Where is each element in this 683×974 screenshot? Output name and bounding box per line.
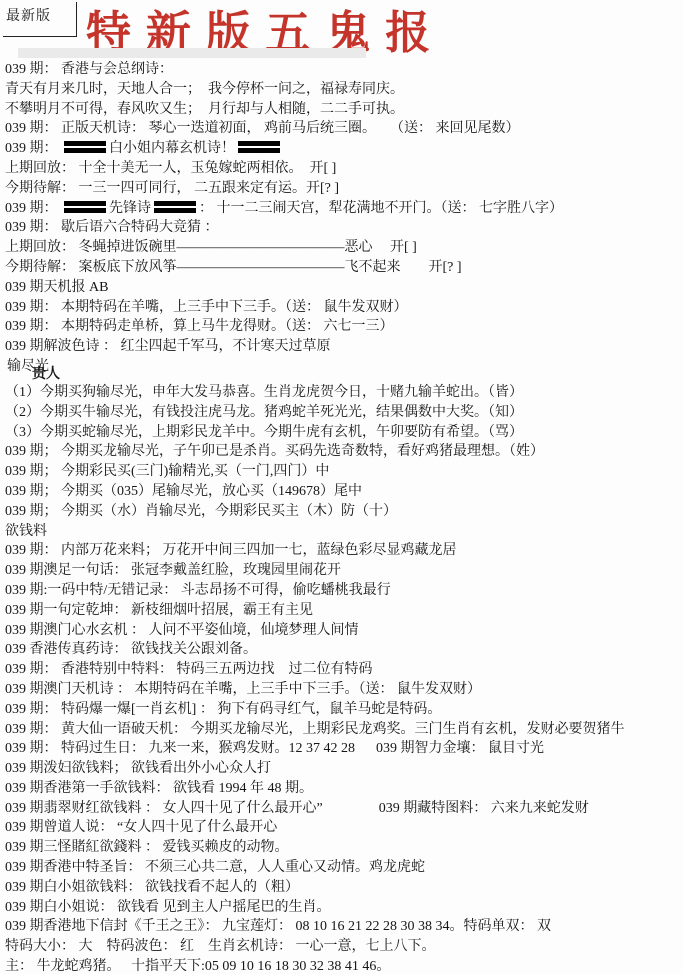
text-line: 039 期白小姐说： 欲钱看 见到主人户摇尾巴的生肖。 — [5, 898, 683, 918]
text-line: 039 期： 特码爆一爆[一肖玄机] ： 狗下有码寻红气，鼠羊马蛇是特码。 — [5, 700, 683, 720]
line-text: 039 期香港中特圣旨： 不须三心共二意，人人重心又动情。鸡龙虎蛇 — [5, 860, 425, 875]
line-text: 039 期： 香港特别中特料： 特码三五两边找 过二位有特码 — [5, 662, 373, 677]
text-line: 039 期： 香港与会总纲诗： — [5, 60, 683, 80]
text-line: （1）今期买狗输尽光，申年大发马恭喜。生肖龙虎贺今日，十赌九输羊蛇出。（皆） — [5, 383, 683, 403]
line-text: 039 期： 本期特码走单桥，算上马牛龙得财。（送： 六七一三） — [5, 319, 394, 334]
text-line: 今期待解： 一三一四可同行， 二五跟来定有运。开[? ] — [5, 179, 683, 199]
line-text: 特码大小： 大 特码波色： 红 生肖玄机诗： 一心一意，七上八下。 — [5, 939, 436, 954]
text-line: 039 期： 特码过生日： 九来一来，猴鸡发财。12 37 42 28 039 … — [5, 739, 683, 759]
line-text: 不攀明月不可得，春风吹又生； 月行却与人相随，二二手可执。 — [5, 102, 404, 117]
line-text: 主： 牛龙蛇鸡猪。 十指平天下:05 09 10 16 18 30 32 38 … — [5, 959, 390, 974]
text-line: 039 期三怪賭紅欲錢料 ： 爱钱买赖皮的动物。 — [5, 838, 683, 858]
line-text: 039 期： 歇后语六合特码大竞猜 ： — [5, 220, 219, 235]
report-body: 039 期： 香港与会总纲诗：青天有月来几时，天地人合一； 我今停杯一问之，福禄… — [0, 57, 683, 974]
line-text: 039 期一句定乾坤： 新枝细烟叶招展，霸王有主见 — [5, 603, 313, 618]
line-text: 039 期： 特码爆一爆[一肖玄机] ： 狗下有码寻红气，鼠羊马蛇是特码。 — [5, 702, 441, 717]
text-line: 039 期： 正版天机诗： 琴心一迭道初面， 鸡前马后统三圈。 （送： 来回见尾… — [5, 119, 683, 139]
text-line: 上期回放： 十全十美无一人，玉兔嫁蛇两相依。 开[ ] — [5, 159, 683, 179]
text-line: 039 期： 香港特别中特料： 特码三五两边找 过二位有特码 — [5, 660, 683, 680]
text-line: 039 期： 歇后语六合特码大竞猜 ： — [5, 218, 683, 238]
text-line: 039 期解波色诗 ： 红尘四起千军马，不计寒天过草原 — [5, 337, 683, 357]
double-bar-icon — [64, 201, 106, 213]
line-text: 039 期香港地下信封《千王之王》： 九宝莲灯： 08 10 16 21 22 … — [5, 919, 551, 934]
text-line: 039 期香港中特圣旨： 不须三心共二意，人人重心又动情。鸡龙虎蛇 — [5, 858, 683, 878]
text-line: （3）今期买蛇输尽光，上期彩民龙羊中。今期牛虎有玄机，午卯要防有希望。（骂） — [5, 423, 683, 443]
text-line: 039 期： 白小姐内幕玄机诗！ — [5, 139, 683, 159]
line-text: 039 期： 香港与会总纲诗： — [5, 62, 173, 77]
line-text: 白小姐内幕玄机诗！ — [109, 141, 235, 156]
text-line: 039 期翡翠财红欲钱料 ： 女人四十见了什么最开心” 039 期藏特图料： 六… — [5, 799, 683, 819]
text-line: 039 期:一码中特/无错记录： 斗志昂扬不可得，偷吃蟠桃我最行 — [5, 581, 683, 601]
report-header: 最新版 特新版五鬼报 — [0, 0, 683, 57]
text-line: 039 期； 今期彩民买(三门)输精光,买（一门,四门）中 — [5, 462, 683, 482]
latest-edition-badge: 最新版 — [3, 2, 77, 37]
text-line: 039 期： 本期特码走单桥，算上马牛龙得财。（送： 六七一三） — [5, 317, 683, 337]
line-text: 039 期:一码中特/无错记录： 斗志昂扬不可得，偷吃蟠桃我最行 — [5, 583, 391, 598]
line-text: 039 期三怪賭紅欲錢料 ： 爱钱买赖皮的动物。 — [5, 840, 289, 855]
line-text: 039 香港传真药诗： 欲钱找关公跟刘备。 — [5, 642, 257, 657]
line-text: 039 期澳门心水玄机 ： 人问不平姿仙境，仙境梦理人间情 — [5, 623, 359, 638]
line-text: 今期待解： 一三一四可同行， 二五跟来定有运。开[? ] — [5, 181, 339, 196]
line-text: （2）今期买牛输尽光，有钱投注虎马龙。猪鸡蛇羊死光光，结果偶数中大奖。（知） — [5, 405, 523, 420]
line-text: 039 期： 黄大仙一语破天机： 今期买龙输尽光，上期彩民龙鸡奖。三门生肖有玄机… — [5, 722, 625, 737]
line-text: ： 十一二三闹天宫，犁花满地不开门。（送： 七字胜八字） — [199, 201, 563, 216]
line-text: 039 期解波色诗 ： 红尘四起千军马，不计寒天过草原 — [5, 339, 331, 354]
text-line: 039 期； 今期买（035）尾输尽光，放心买（149678）尾中 — [5, 482, 683, 502]
line-text: （3）今期买蛇输尽光，上期彩民龙羊中。今期牛虎有玄机，午卯要防有希望。（骂） — [5, 425, 523, 440]
text-line: 039 期： 内部万花来料； 万花开中间三四加一七，蓝绿色彩尽显鸡藏龙居 — [5, 541, 683, 561]
line-text: 039 期： 特码过生日： 九来一来，猴鸡发财。12 37 42 28 039 … — [5, 741, 544, 756]
text-line: 主： 牛龙蛇鸡猪。 十指平天下:05 09 10 16 18 30 32 38 … — [5, 957, 683, 974]
line-text: 青天有月来几时，天地人合一； 我今停杯一问之，福禄寿同庆。 — [5, 82, 404, 97]
line-text: 039 期： — [5, 141, 61, 156]
line-text: 039 期泼妇欲钱料； 欲钱看出外小心众人打 — [5, 761, 271, 776]
text-line: 039 期天机报 AB — [5, 278, 683, 298]
line-text: 039 期香港第一手欲钱料： 欲钱看 1994 年 48 期。 — [5, 781, 313, 796]
report-page: { "colors": { "title_red": "#c5342b", "t… — [0, 0, 683, 974]
text-line: 039 期一句定乾坤： 新枝细烟叶招展，霸王有主见 — [5, 601, 683, 621]
text-line: 039 香港传真药诗： 欲钱找关公跟刘备。 — [5, 640, 683, 660]
text-line: 039 期白小姐欲钱料： 欲钱找看不起人的（粗） — [5, 878, 683, 898]
line-text: 039 期白小姐欲钱料： 欲钱找看不起人的（粗） — [5, 880, 299, 895]
text-line: 039 期； 今期买（水）肖输尽光，今期彩民买主（木）防（十） — [5, 502, 683, 522]
line-text: 039 期澳足一句话： 张冠李戴盖红脸，玫瑰园里闹花开 — [5, 563, 341, 578]
line-text: 039 期曾道人说： “女人四十见了什么最开心 — [5, 820, 277, 835]
double-bar-icon — [64, 141, 106, 153]
line-text: 039 期： 本期特码在羊嘴，上三手中下三手。（送： 鼠牛发双财） — [5, 300, 408, 315]
line-text: 039 期； 今期买龙输尽光，子午卯已是杀肖。买码先选奇数特，看好鸡猪最理想。（… — [5, 444, 544, 459]
text-line: 039 期： 先锋诗： 十一二三闹天宫，犁花满地不开门。（送： 七字胜八字） — [5, 199, 683, 219]
line-text: 039 期； 今期买（水）肖输尽光，今期彩民买主（木）防（十） — [5, 504, 397, 519]
line-text: 039 期澳门天机诗 ： 本期特码在羊嘴，上三手中下三手。（送： 鼠牛发双财） — [5, 682, 481, 697]
line-text: 039 期； 今期买（035）尾输尽光，放心买（149678）尾中 — [5, 484, 362, 499]
double-bar-icon — [238, 141, 280, 153]
line-text: 上期回放： 冬蝇掉进饭碗里————————————恶心 开[ ] — [5, 240, 417, 255]
text-line: 039 期澳门天机诗 ： 本期特码在羊嘴，上三手中下三手。（送： 鼠牛发双财） — [5, 680, 683, 700]
line-text: 欲钱料 — [5, 524, 47, 539]
overlapped-text-block: 输尽光贵人 — [5, 357, 683, 383]
line-text: 039 期翡翠财红欲钱料 ： 女人四十见了什么最开心” 039 期藏特图料： 六… — [5, 801, 589, 816]
line-text: 先锋诗 — [109, 201, 151, 216]
line-text: （1）今期买狗输尽光，申年大发马恭喜。生肖龙虎贺今日，十赌九输羊蛇出。（皆） — [5, 385, 523, 400]
line-text: 今期待解： 案板底下放风筝————————————飞不起来 开[? ] — [5, 260, 462, 275]
text-line: 特码大小： 大 特码波色： 红 生肖玄机诗： 一心一意，七上八下。 — [5, 937, 683, 957]
text-line: 039 期； 今期买龙输尽光，子午卯已是杀肖。买码先选奇数特，看好鸡猪最理想。（… — [5, 442, 683, 462]
line-text: 039 期； 今期彩民买(三门)输精光,买（一门,四门）中 — [5, 464, 329, 479]
text-line: 今期待解： 案板底下放风筝————————————飞不起来 开[? ] — [5, 258, 683, 278]
text-line: 039 期香港第一手欲钱料： 欲钱看 1994 年 48 期。 — [5, 779, 683, 799]
text-line: （2）今期买牛输尽光，有钱投注虎马龙。猪鸡蛇羊死光光，结果偶数中大奖。（知） — [5, 403, 683, 423]
line-text: 039 期： 正版天机诗： 琴心一迭道初面， 鸡前马后统三圈。 （送： 来回见尾… — [5, 121, 520, 136]
line-text: 039 期白小姐说： 欲钱看 见到主人户摇尾巴的生肖。 — [5, 900, 331, 915]
double-bar-icon — [154, 201, 196, 213]
artifact-smudge — [18, 48, 366, 58]
line-text: 039 期： — [5, 201, 61, 216]
text-line: 039 期： 黄大仙一语破天机： 今期买龙输尽光，上期彩民龙鸡奖。三门生肖有玄机… — [5, 720, 683, 740]
text-line: 039 期曾道人说： “女人四十见了什么最开心 — [5, 818, 683, 838]
text-line: 039 期澳足一句话： 张冠李戴盖红脸，玫瑰园里闹花开 — [5, 561, 683, 581]
line-text: 039 期天机报 AB — [5, 280, 108, 295]
text-line: 039 期： 本期特码在羊嘴，上三手中下三手。（送： 鼠牛发双财） — [5, 298, 683, 318]
text-line: 青天有月来几时，天地人合一； 我今停杯一问之，福禄寿同庆。 — [5, 80, 683, 100]
text-line: 039 期香港地下信封《千王之王》： 九宝莲灯： 08 10 16 21 22 … — [5, 917, 683, 937]
line-text: 上期回放： 十全十美无一人，玉兔嫁蛇两相依。 开[ ] — [5, 161, 336, 176]
text-line: 上期回放： 冬蝇掉进饭碗里————————————恶心 开[ ] — [5, 238, 683, 258]
text-line: 039 期澳门心水玄机 ： 人问不平姿仙境，仙境梦理人间情 — [5, 621, 683, 641]
text-line: 039 期泼妇欲钱料； 欲钱看出外小心众人打 — [5, 759, 683, 779]
line-text: 039 期： 内部万花来料； 万花开中间三四加一七，蓝绿色彩尽显鸡藏龙居 — [5, 543, 457, 558]
overlap-back-text: 贵人 — [32, 365, 60, 385]
text-line: 不攀明月不可得，春风吹又生； 月行却与人相随，二二手可执。 — [5, 100, 683, 120]
text-line: 欲钱料 — [5, 522, 683, 542]
